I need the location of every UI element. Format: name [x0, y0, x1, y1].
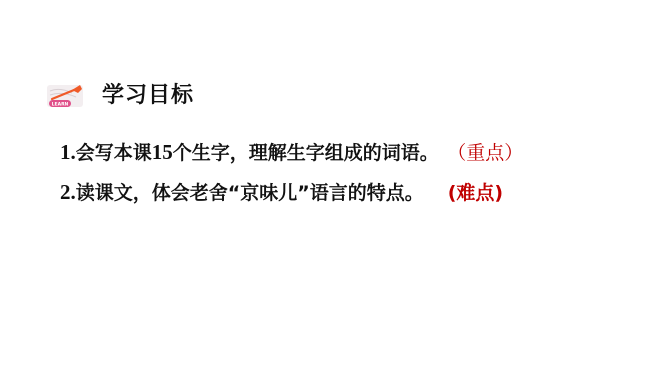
objective-count: 15 — [152, 140, 173, 164]
section-heading: LEARN 学习目标 — [46, 82, 194, 110]
objective-text-part: 个生字，理解生字组成的词语。 — [173, 142, 439, 164]
objective-2: 2.读课文，体会老舍“京味儿”语言的特点。(难点) — [60, 178, 503, 207]
objective-text: 读课文，体会老舍“京味儿”语言的特点。 — [76, 182, 424, 204]
objective-number: 1. — [60, 140, 76, 164]
learn-dart-icon: LEARN — [46, 83, 86, 109]
objective-text-part: 会写本课 — [76, 142, 152, 164]
objective-1: 1.会写本课15个生字，理解生字组成的词语。（重点） — [60, 138, 523, 167]
difficult-point-tag: (难点) — [448, 182, 503, 204]
objective-number: 2. — [60, 180, 76, 204]
svg-text:LEARN: LEARN — [52, 102, 69, 108]
key-point-tag: （重点） — [457, 142, 524, 164]
heading-title: 学习目标 — [102, 82, 194, 110]
